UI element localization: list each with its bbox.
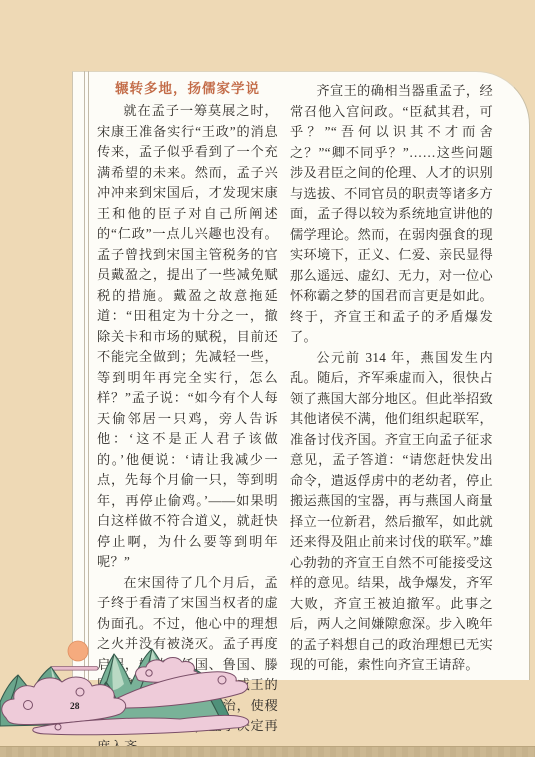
paragraph: 齐宣王的确相当器重孟子，经常召他入宫问政。“臣弑其君，可乎？”“吾何以识其不才而… (290, 81, 493, 348)
section-heading: 辗转多地，扬儒家学说 (97, 77, 278, 100)
sun-icon (68, 641, 88, 661)
mountain-cloud-illustration: 28 (0, 628, 260, 740)
scan-bottom-edge (0, 746, 535, 757)
binding-line (88, 71, 89, 680)
clouds-icon (2, 658, 249, 735)
paragraph: 公元前 314 年，燕国发生内乱。随后，齐军乘虚而入，很快占领了燕国大部分地区。… (290, 348, 493, 676)
page-number: 28 (70, 702, 80, 712)
binding-line (84, 71, 85, 680)
cloud-band-icon (50, 667, 98, 671)
right-text-column: 齐宣王的确相当器重孟子，经常召他入宫问政。“臣弑其君，可乎？”“吾何以识其不才而… (290, 81, 493, 676)
paragraph: 就在孟子一筹莫展之时，宋康王准备实行“王政”的消息传来，孟子似乎看到了一个充满希… (97, 101, 278, 573)
